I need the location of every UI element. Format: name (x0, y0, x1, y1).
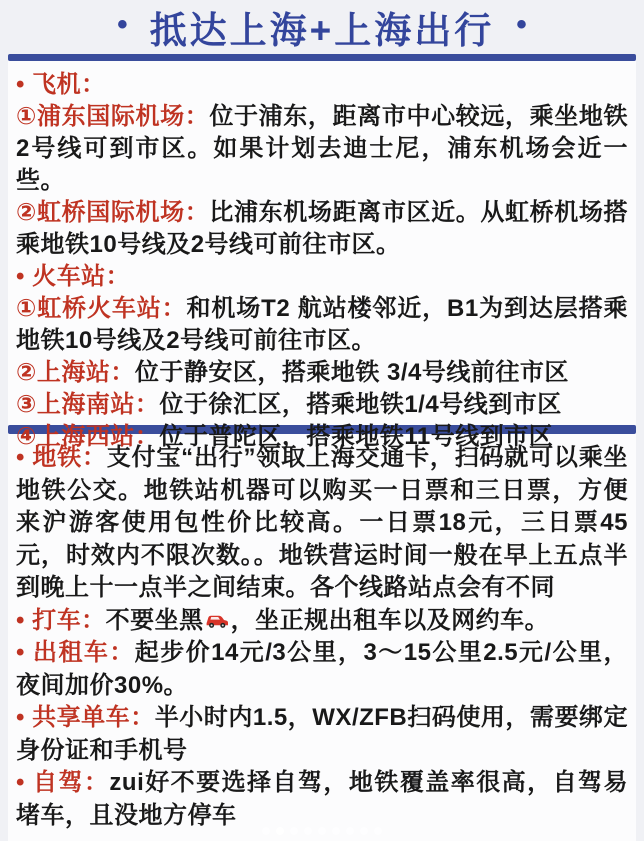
list-item-shanghai-station: ②上海站：位于静安区，搭乘地铁 3/4号线前往市区 (16, 357, 628, 389)
pagination-dots (0, 827, 644, 835)
item-text: 不要坐黑 (106, 607, 204, 634)
item-label: ③上海南站： (16, 391, 159, 418)
item-label: ②上海站： (16, 359, 135, 386)
page-indicator-dot[interactable] (346, 827, 354, 835)
list-item-hongqiao-station: ①虹桥火车站：和机场T2 航站楼邻近，B1为到达层搭乘地铁10号线及2号线可前往… (16, 293, 628, 357)
red-car-icon (205, 612, 230, 630)
item-text: ，坐正规出租车以及网约车。 (231, 607, 550, 634)
item-text: 位于徐汇区，搭乘地铁1/4号线到市区 (159, 391, 561, 418)
page-indicator-dot[interactable] (374, 827, 382, 835)
section-label: • 火车站： (16, 263, 130, 290)
title-right-dot-icon: • (516, 10, 527, 40)
item-label: ②虹桥国际机场： (16, 199, 209, 226)
list-item-shared-bike: • 共享单车：半小时内1.5，WX/ZFB扫码使用，需要绑定身份证和手机号 (16, 702, 628, 767)
item-label: • 共享单车： (16, 704, 155, 731)
page-title-text: 抵达上海+上海出行 (150, 0, 495, 54)
page-title: • 抵达上海+上海出行 • (8, 0, 636, 54)
item-text: 支付宝“出行”领取上海交通卡，扫码就可以乘坐地铁公交。地铁站机器可以购买一日票和… (16, 444, 628, 601)
item-label: • 打车： (16, 607, 106, 634)
item-text: 位于静安区，搭乘地铁 3/4号线前往市区 (135, 359, 569, 386)
title-left-dot-icon: • (117, 10, 128, 40)
item-label: ①虹桥火车站： (16, 295, 187, 322)
list-item-pudong-airport: ①浦东国际机场：位于浦东，距离市中心较远，乘坐地铁2号线可到市区。如果计划去迪士… (16, 101, 628, 197)
item-label: ①浦东国际机场： (16, 103, 209, 130)
section-header-railway: • 火车站： (16, 261, 628, 293)
page-indicator-dot[interactable] (276, 827, 284, 835)
page-indicator-dot[interactable] (304, 827, 312, 835)
page-indicator-dot[interactable] (318, 827, 326, 835)
list-item-taxi-warning: • 打车：不要坐黑，坐正规出租车以及网约车。 (16, 605, 628, 638)
divider-bar-top (8, 54, 636, 61)
item-label: • 出租车： (16, 639, 135, 666)
page-indicator-dot[interactable] (332, 827, 340, 835)
list-item-hongqiao-airport: ②虹桥国际机场：比浦东机场距离市区近。从虹桥机场搭乘地铁10号线及2号线可前往市… (16, 197, 628, 261)
page-indicator-dot[interactable] (290, 827, 298, 835)
page-indicator-dot[interactable] (360, 827, 368, 835)
section-label: • 飞机： (16, 71, 106, 98)
list-item-metro: • 地铁：支付宝“出行”领取上海交通卡，扫码就可以乘坐地铁公交。地铁站机器可以购… (16, 442, 628, 605)
item-label: • 地铁： (16, 444, 107, 471)
list-item-self-driving: • 自驾：zui好不要选择自驾，地铁覆盖率很高，自驾易堵车，且没地方停车 (16, 767, 628, 832)
list-item-shanghai-south-station: ③上海南站：位于徐汇区，搭乘地铁1/4号线到市区 (16, 389, 628, 421)
arrival-card: • 飞机： ①浦东国际机场：位于浦东，距离市中心较远，乘坐地铁2号线可到市区。如… (8, 61, 636, 425)
content-column: • 抵达上海+上海出行 • • 飞机： ①浦东国际机场：位于浦东，距离市中心较远… (8, 0, 636, 841)
transport-card: • 地铁：支付宝“出行”领取上海交通卡，扫码就可以乘坐地铁公交。地铁站机器可以购… (8, 434, 636, 841)
list-item-taxi-fare: • 出租车：起步价14元/3公里，3～15公里2.5元/公里，夜间加价30%。 (16, 637, 628, 702)
item-label: • 自驾： (16, 769, 109, 796)
page-indicator-dot[interactable] (262, 827, 270, 835)
section-header-plane: • 飞机： (16, 69, 628, 101)
travel-note-page: • 抵达上海+上海出行 • • 飞机： ①浦东国际机场：位于浦东，距离市中心较远… (0, 0, 644, 841)
